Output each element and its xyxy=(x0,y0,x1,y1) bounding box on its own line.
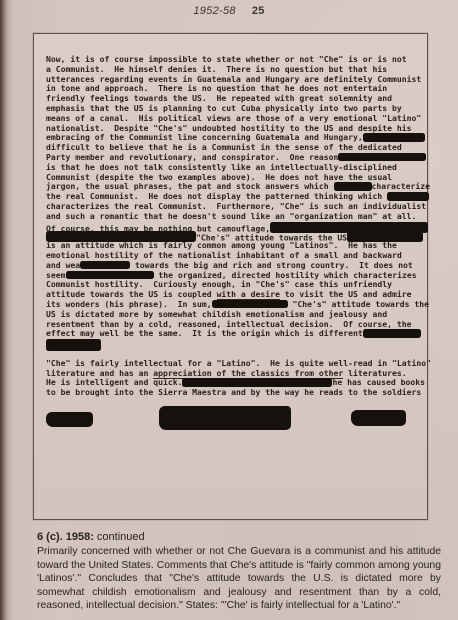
typed-text: its wonders (his phrase). In sum, xyxy=(46,299,212,309)
typed-text: the real Communist. He does not display … xyxy=(46,191,387,201)
typed-text: with a desire xyxy=(217,289,280,300)
redaction-bar xyxy=(363,329,421,338)
redaction-bar xyxy=(80,261,130,270)
typed-text: He is intelligent and quick. xyxy=(46,377,182,387)
caption-body: Primarily concerned with whether or not … xyxy=(37,545,441,613)
page-header-date-range: 1952-58 xyxy=(193,5,235,17)
typed-text: emotional hostility of the nationalist i… xyxy=(46,250,402,260)
typed-text: "Che" is fairly intellectual for a "Lati… xyxy=(46,358,431,368)
typed-line: effect may well be the same. It is the o… xyxy=(46,329,428,339)
document-frame: Now, it is of course impossible to state… xyxy=(33,33,428,520)
caption-heading: 6 (c). 1958: continued xyxy=(37,531,441,544)
redaction-bar xyxy=(182,378,332,387)
typed-text: nationalist. Despite "Che's" undoubted h… xyxy=(46,123,411,133)
typed-text: "Che's" attitude towards the xyxy=(288,299,429,309)
typed-text: difficult to believe that he is a Commun… xyxy=(46,142,402,152)
caption-entry-suffix: continued xyxy=(94,531,145,543)
typed-text: is that he does not talk consistently li… xyxy=(46,162,397,172)
typed-text: embracing of the Communist line concerni… xyxy=(46,132,363,142)
typed-text: the organized, directed hostility which … xyxy=(154,270,417,280)
typed-text: towards the big and rich and strong coun… xyxy=(130,260,413,270)
page-header: 1952-5825 xyxy=(0,5,458,17)
redaction-bar xyxy=(66,271,154,280)
redaction-blob-row xyxy=(46,404,428,436)
typed-text: emphasis that the US is planning to cut … xyxy=(46,103,402,113)
typed-text: attitude towards the US is coupled xyxy=(46,289,217,299)
typed-text: utterances regarding events in Guatemala… xyxy=(46,74,421,84)
typed-text: Now, it is of course impossible to state… xyxy=(46,54,407,64)
typed-line xyxy=(46,339,428,349)
typed-text: to visit the US and admire xyxy=(280,289,412,299)
typed-text: resentment than by a cold, reasoned, int… xyxy=(46,319,411,329)
typed-text: Party member and revolutionary, and cons… xyxy=(46,152,338,162)
typed-text: Communist hostility. Curiously enough, i… xyxy=(46,279,392,289)
typed-text: seem xyxy=(46,270,66,280)
caption: 6 (c). 1958: continued Primarily concern… xyxy=(37,531,441,613)
typed-line: Of course, this may be nothing but camou… xyxy=(46,222,428,232)
redaction-bar xyxy=(46,339,101,351)
typed-text: is an attitude which is fairly common am… xyxy=(46,240,397,250)
redaction-bar xyxy=(387,192,429,201)
typed-text: in tone and approach. There is no questi… xyxy=(46,83,387,93)
typed-text: a Communist. He himself denies it. There… xyxy=(46,64,387,74)
redaction-bar xyxy=(363,133,425,142)
caption-entry-label: 6 (c). 1958: xyxy=(37,531,94,543)
redaction-blob xyxy=(46,412,93,427)
typed-text: and such a romantic that he doesn't soun… xyxy=(46,211,416,221)
redaction-bar xyxy=(334,182,372,191)
typed-text: and wea xyxy=(46,260,80,270)
typed-text: friendly feelings towards the US. He rep… xyxy=(46,93,392,103)
typed-text: effect may well be the same. It is the o… xyxy=(46,328,363,338)
typed-text: he has caused books xyxy=(332,377,425,387)
typed-text: to be brought into the Sierra Maestra an… xyxy=(46,387,421,397)
typed-text: characterizes the real Communist. Furthe… xyxy=(46,201,426,211)
typed-text: characterize xyxy=(372,181,430,191)
typed-text: literature and has an xyxy=(46,368,153,378)
redaction-blob xyxy=(351,410,406,426)
redaction-bar xyxy=(212,300,288,309)
typed-text: literatures. xyxy=(343,368,406,378)
redaction-blob xyxy=(159,406,291,430)
typed-text: US is dictated more by somewhat childish… xyxy=(46,309,387,319)
typed-text: jargon, the usual phrases, the pat and s… xyxy=(46,181,334,191)
typescript-lines: Now, it is of course impossible to state… xyxy=(46,55,428,436)
redaction-bar xyxy=(338,153,426,162)
typed-text: Communist (despite the two examples abov… xyxy=(46,172,392,182)
typed-line: to be brought into the Sierra Maestra an… xyxy=(46,388,428,398)
typed-line: and such a romantic that he doesn't soun… xyxy=(46,212,428,222)
page-number: 25 xyxy=(252,5,265,17)
typed-text: means of a canal. His political views ar… xyxy=(46,113,421,123)
